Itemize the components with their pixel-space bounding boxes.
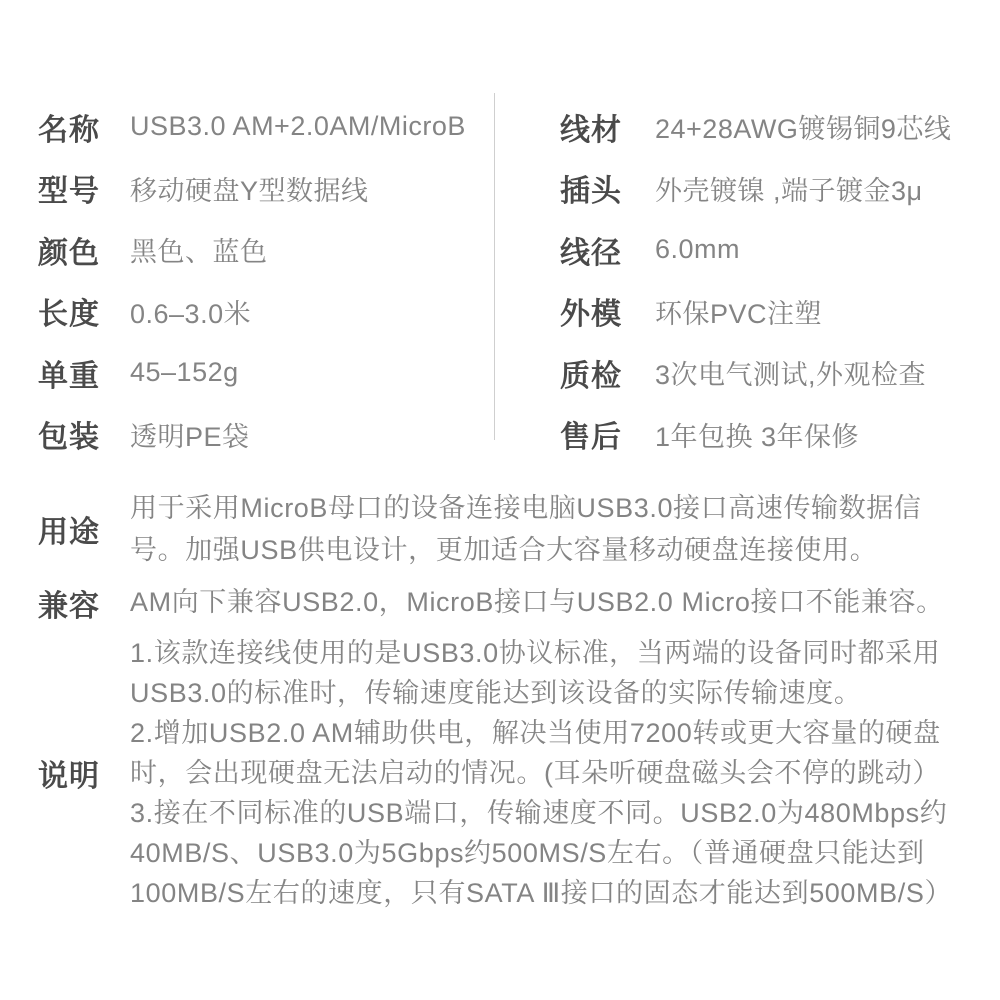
section-text: 1.该款连接线使用的是USB3.0协议标准，当两端的设备同时都采用USB3.0的… [130,633,962,913]
spec-value: 透明PE袋 [130,415,250,454]
spec-label: 售后 [560,412,655,456]
spec-value: USB3.0 AM+2.0AM/MicroB [130,111,466,142]
vertical-divider [494,93,495,440]
section-label: 说明 [38,751,130,795]
spec-row-name: 名称 USB3.0 AM+2.0AM/MicroB [38,96,478,158]
spec-label: 线材 [560,105,655,149]
section-text: AM向下兼容USB2.0，MicroB接口与USB2.0 Micro接口不能兼容… [130,581,962,625]
spec-value: 3次电气测试,外观检查 [655,353,926,392]
spec-column-left: 名称 USB3.0 AM+2.0AM/MicroB 型号 移动硬盘Y型数据线 颜… [38,96,478,465]
spec-label: 颜色 [38,228,130,272]
spec-row-qc: 质检 3次电气测试,外观检查 [560,342,980,404]
spec-value: 45–152g [130,357,239,388]
spec-label: 长度 [38,289,130,333]
spec-row-mold: 外模 环保PVC注塑 [560,281,980,343]
spec-value: 移动硬盘Y型数据线 [130,169,369,208]
spec-row-color: 颜色 黑色、蓝色 [38,219,478,281]
spec-row-wire: 线材 24+28AWG镀锡铜9芯线 [560,96,980,158]
spec-row-plug: 插头 外壳镀镍 ,端子镀金3μ [560,158,980,220]
spec-label: 外模 [560,289,655,333]
section-usage: 用途 用于采用MicroB母口的设备连接电脑USB3.0接口高速传输数据信号。加… [38,487,968,571]
section-compatibility: 兼容 AM向下兼容USB2.0，MicroB接口与USB2.0 Micro接口不… [38,581,968,625]
spec-value: 环保PVC注塑 [655,292,822,331]
spec-value: 黑色、蓝色 [130,230,268,269]
spec-table: 名称 USB3.0 AM+2.0AM/MicroB 型号 移动硬盘Y型数据线 颜… [0,96,1000,446]
product-spec-sheet: 名称 USB3.0 AM+2.0AM/MicroB 型号 移动硬盘Y型数据线 颜… [0,0,1000,1000]
spec-label: 名称 [38,105,130,149]
spec-row-diameter: 线径 6.0mm [560,219,980,281]
spec-value: 6.0mm [655,234,740,265]
spec-label: 线径 [560,228,655,272]
spec-value: 外壳镀镍 ,端子镀金3μ [655,169,923,208]
spec-value: 1年包换 3年保修 [655,415,859,454]
spec-row-aftersale: 售后 1年包换 3年保修 [560,404,980,466]
spec-row-model: 型号 移动硬盘Y型数据线 [38,158,478,220]
section-text: 用于采用MicroB母口的设备连接电脑USB3.0接口高速传输数据信号。加强US… [130,487,962,571]
section-label: 用途 [38,507,130,551]
spec-row-length: 长度 0.6–3.0米 [38,281,478,343]
section-label: 兼容 [38,581,130,625]
spec-column-right: 线材 24+28AWG镀锡铜9芯线 插头 外壳镀镍 ,端子镀金3μ 线径 6.0… [560,96,980,465]
spec-value: 24+28AWG镀锡铜9芯线 [655,107,951,146]
section-notes: 说明 1.该款连接线使用的是USB3.0协议标准，当两端的设备同时都采用USB3… [38,633,968,913]
spec-label: 单重 [38,351,130,395]
spec-row-packaging: 包装 透明PE袋 [38,404,478,466]
spec-row-weight: 单重 45–152g [38,342,478,404]
spec-label: 质检 [560,351,655,395]
spec-value: 0.6–3.0米 [130,292,251,331]
spec-label: 包装 [38,412,130,456]
spec-label: 型号 [38,166,130,210]
spec-label: 插头 [560,166,655,210]
